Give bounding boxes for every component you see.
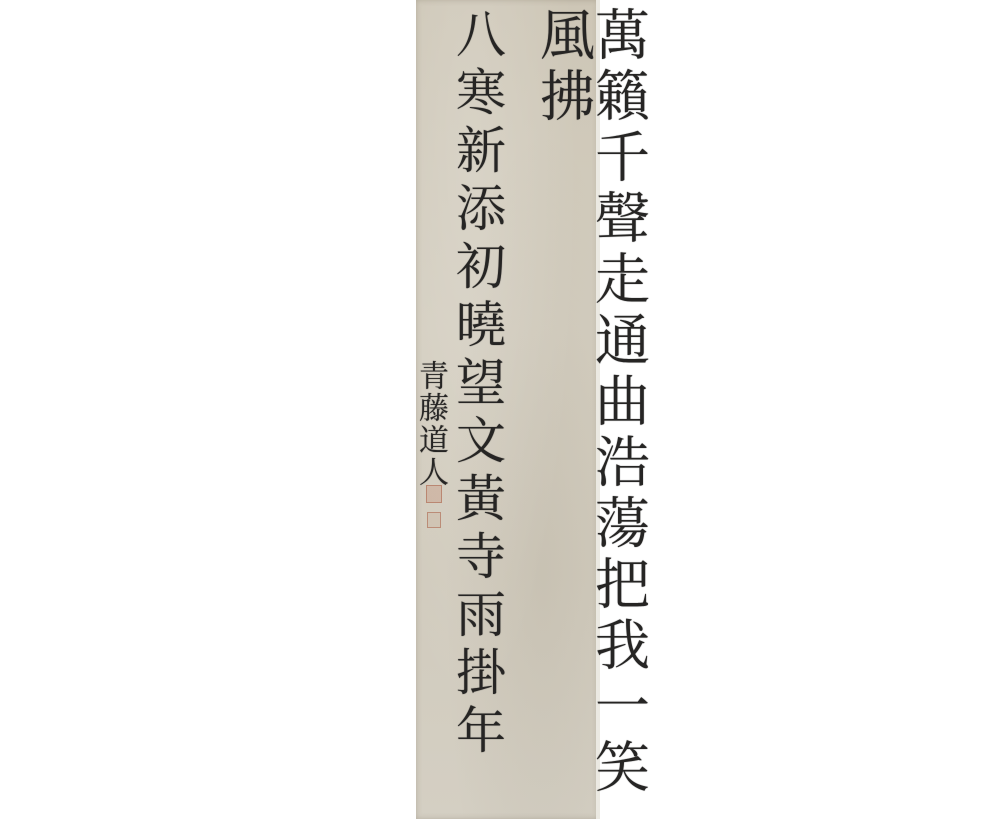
- calligraphy-column-middle: 八寒新添初曉望文黃寺雨掛年: [452, 8, 502, 762]
- calligraphy-signature: 青藤道人: [415, 360, 445, 488]
- calligraphy-column-right: 萬籟千聲走通曲浩蕩把我一笑風拂: [535, 6, 645, 819]
- faded-seal-icon: [427, 512, 441, 528]
- red-seal-icon: [426, 485, 442, 503]
